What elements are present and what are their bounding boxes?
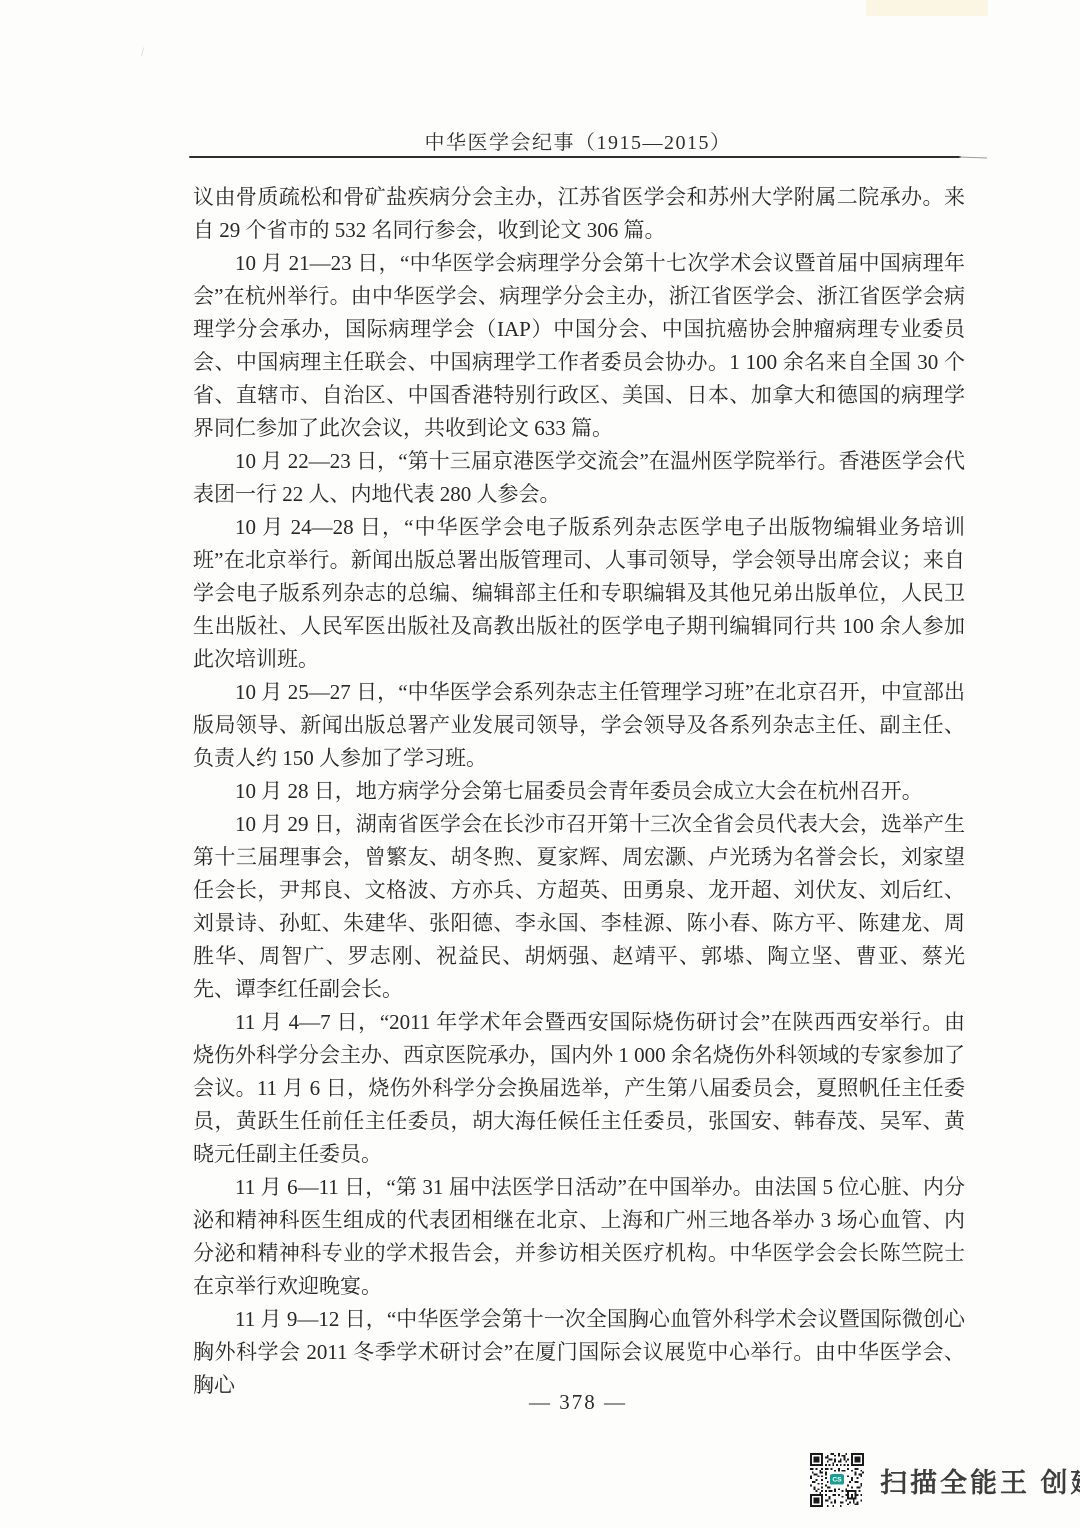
- paragraph: 10 月 21—23 日，“中华医学会病理学分会第十七次学术会议暨首届中国病理年…: [193, 247, 965, 445]
- paragraph: 10 月 25—27 日，“中华医学会系列杂志主任管理学习班”在北京召开，中宣部…: [193, 676, 965, 775]
- paragraph: 10 月 24—28 日，“中华医学会电子版系列杂志医学电子出版物编辑业务培训班…: [193, 511, 965, 676]
- scan-speck: [141, 47, 149, 57]
- paragraph: 10 月 22—23 日，“第十三届京港医学交流会”在温州医学院举行。香港医学会…: [193, 445, 965, 511]
- paragraph: 10 月 28 日，地方病学分会第七届委员会青年委员会成立大会在杭州召开。: [193, 775, 965, 808]
- paragraph: 11 月 9—12 日，“中华医学会第十一次全国胸心血管外科学术会议暨国际微创心…: [193, 1303, 965, 1402]
- paragraph: 10 月 29 日，湖南省医学会在长沙市召开第十三次全省会员代表大会，选举产生第…: [193, 808, 965, 1006]
- scanned-page: 中华医学会纪事（1915—2015） 议由骨质疏松和骨矿盐疾病分会主办，江苏省医…: [0, 0, 1080, 1528]
- scan-artifact: [866, 0, 988, 16]
- watermark-label: 扫描全能王 创建: [880, 1461, 1080, 1500]
- camscanner-watermark: CS 扫描全能王 创建: [810, 1453, 1080, 1507]
- paragraph: 11 月 6—11 日，“第 31 届中法医学日活动”在中国举办。由法国 5 位…: [193, 1171, 965, 1303]
- qr-code-icon: CS: [810, 1453, 864, 1507]
- paragraph: 议由骨质疏松和骨矿盐疾病分会主办，江苏省医学会和苏州大学附属二院承办。来自 29…: [193, 181, 965, 247]
- running-header-title: 中华医学会纪事（1915—2015）: [192, 126, 964, 155]
- paragraph: 11 月 4—7 日，“2011 年学术年会暨西安国际烧伤研讨会”在陕西西安举行…: [193, 1006, 965, 1171]
- page-number: — 378 —: [192, 1390, 964, 1415]
- header-rule: [189, 156, 961, 158]
- qr-cs-label: CS: [832, 1477, 842, 1484]
- document-body: 议由骨质疏松和骨矿盐疾病分会主办，江苏省医学会和苏州大学附属二院承办。来自 29…: [193, 181, 965, 1402]
